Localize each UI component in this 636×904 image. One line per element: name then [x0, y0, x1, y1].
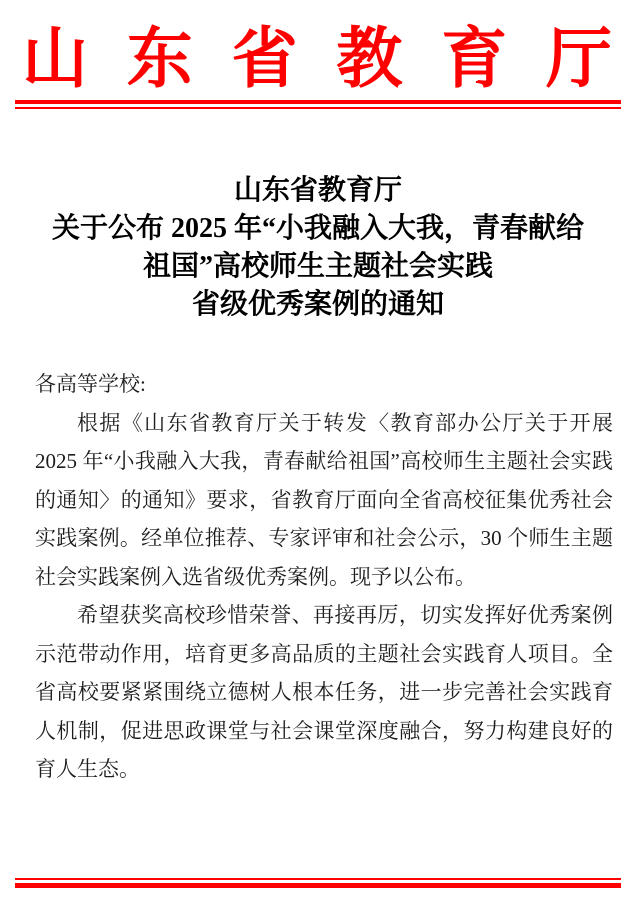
- salutation: 各高等学校:: [35, 365, 613, 404]
- document-body: 各高等学校: 根据《山东省教育厅关于转发〈教育部办公厅关于开展 2025 年“小…: [35, 365, 613, 789]
- document-title-line-3: 祖国”高校师生主题社会实践: [28, 248, 608, 286]
- notice-document-page: 山 东 省 教 育 厅 山东省教育厅 关于公布 2025 年“小我融入大我，青春…: [0, 0, 636, 904]
- letterhead-char: 教: [336, 26, 402, 94]
- letterhead-agency-name: 山 东 省 教 育 厅: [22, 26, 612, 94]
- letterhead-char: 省: [232, 26, 298, 94]
- paragraph-1: 根据《山东省教育厅关于转发〈教育部办公厅关于开展 2025 年“小我融入大我，青…: [35, 404, 613, 597]
- letterhead-rule-thin: [15, 107, 621, 109]
- letterhead-char: 育: [441, 26, 507, 94]
- letterhead-char: 山: [22, 26, 88, 94]
- paragraph-2: 希望获奖高校珍惜荣誉、再接再厉，切实发挥好优秀案例示范带动作用，培育更多高品质的…: [35, 596, 613, 789]
- document-title-line-4: 省级优秀案例的通知: [28, 286, 608, 324]
- document-title: 山东省教育厅 关于公布 2025 年“小我融入大我，青春献给 祖国”高校师生主题…: [28, 172, 608, 324]
- letterhead-rule-thick: [15, 100, 621, 104]
- document-title-line-1: 山东省教育厅: [28, 172, 608, 210]
- letterhead-char: 东: [127, 26, 193, 94]
- letterhead-char: 厅: [546, 26, 612, 94]
- document-title-line-2: 关于公布 2025 年“小我融入大我，青春献给: [28, 210, 608, 248]
- footer-rule-thick: [15, 883, 621, 888]
- footer-rule-thin: [15, 878, 621, 880]
